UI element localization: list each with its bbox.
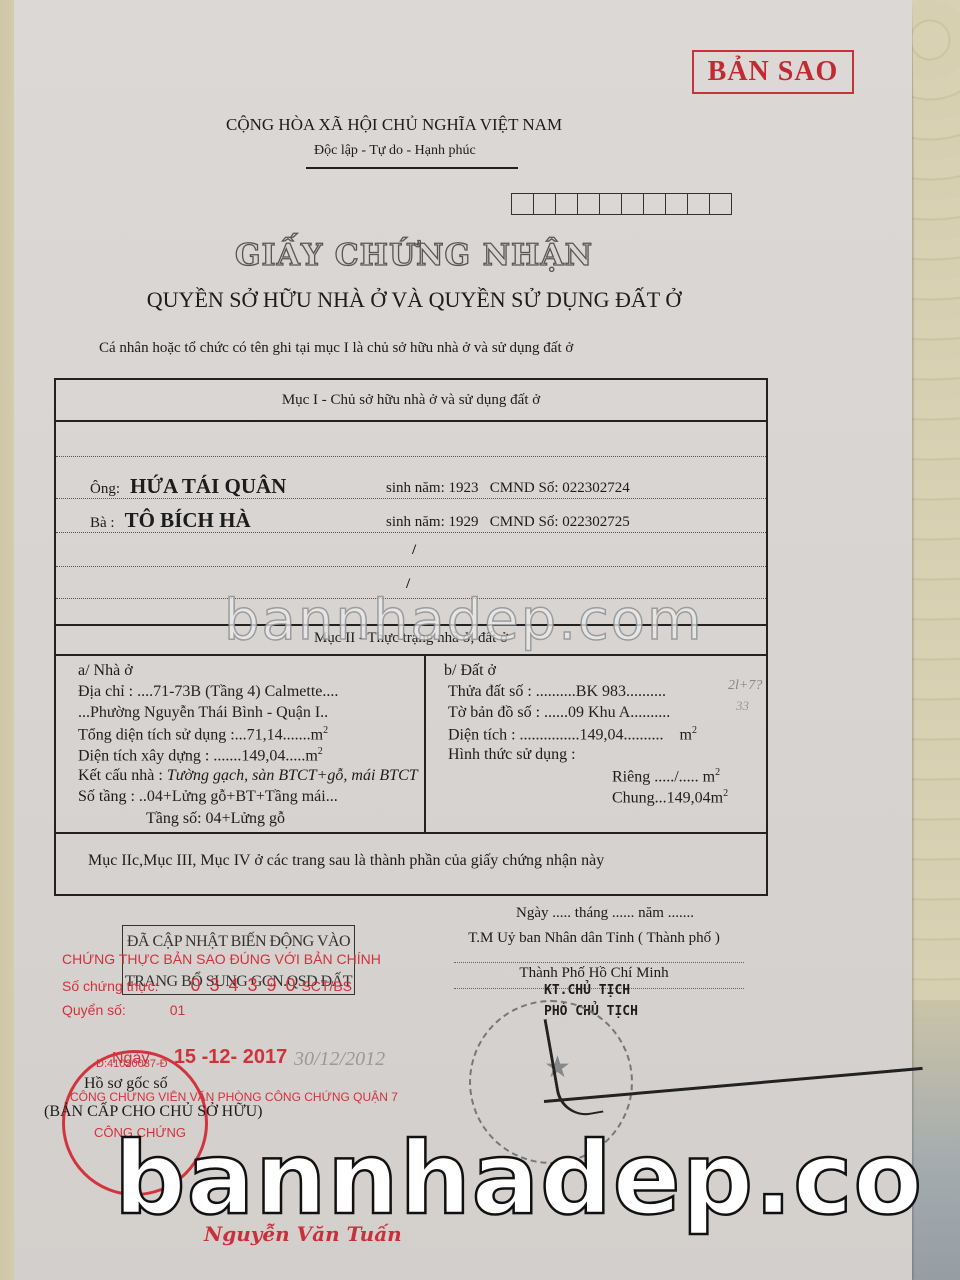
- unit-sup: 2: [318, 746, 323, 757]
- handwritten-plot-note: 2l+7?: [728, 678, 762, 694]
- structure-label: Kết cấu nhà :: [78, 767, 163, 784]
- private-value: /: [674, 768, 678, 785]
- house-structure: Kết cấu nhà : Tường gạch, sàn BTCT+gỗ, m…: [78, 767, 418, 785]
- dotted-line: [56, 532, 766, 533]
- id-number: 022302724: [562, 480, 630, 496]
- area-label: Diện tích :: [448, 726, 516, 743]
- map-value: 09 Khu A: [568, 704, 630, 721]
- book-label: Quyển số:: [62, 1002, 126, 1018]
- floors-value: 04+Lửng gỗ+BT+Tầng mái.: [147, 788, 330, 805]
- floors-label: Số tầng :: [78, 788, 135, 805]
- plot-value: BK 983: [576, 683, 626, 700]
- seal-id: Đ:41020037-Đ: [96, 1058, 168, 1070]
- house-total-area: Tổng diện tích sử dụng :...71,14.......m…: [78, 725, 328, 744]
- section1-title: Mục I - Chủ sở hữu nhà ở và sử dụng đất …: [56, 392, 766, 409]
- house-built-area: Diện tích xây dựng : .......149,04.....m…: [78, 746, 323, 765]
- land-shared: Chung...149,04m2: [612, 788, 728, 807]
- owner-prefix: Ông:: [90, 481, 120, 497]
- dotted-line: [56, 498, 766, 499]
- republic-header: CỘNG HÒA XÃ HỘI CHỦ NGHĨA VIỆT NAM: [226, 115, 562, 135]
- book-value: 01: [170, 1002, 186, 1018]
- structure-value: Tường gạch, sàn BTCT+gỗ, mái BTCT: [167, 767, 418, 784]
- unit: m: [311, 726, 323, 743]
- city: Thành Phố Hồ Chí Minh: [444, 965, 744, 982]
- unit: m: [703, 768, 715, 785]
- house-address-line2: ...Phường Nguyễn Thái Bình - Quận I..: [78, 704, 328, 722]
- handwritten-map-note: 33: [736, 698, 749, 714]
- land-heading: b/ Đất ở: [444, 662, 496, 680]
- house-address: Địa chỉ : ....71-73B (Tầng 4) Calmette..…: [78, 683, 338, 701]
- unit: m: [711, 789, 723, 806]
- owner-row-2: Bà :TÔ BÍCH HÀ: [90, 508, 251, 533]
- owner-row-1: Ông:HỨA TÁI QUÂN: [90, 474, 286, 499]
- dotted-line: [56, 566, 766, 567]
- id-label: CMND Số:: [490, 514, 559, 530]
- certificate-subtitle: QUYỀN SỞ HỮU NHÀ Ở VÀ QUYỀN SỬ DỤNG ĐẤT …: [14, 287, 814, 313]
- watermark-bottom: bannhadep.com: [114, 1120, 960, 1237]
- date-line: Ngày ..... tháng ...... năm .......: [440, 905, 770, 922]
- land-map: Tờ bản đồ số : ......09 Khu A..........: [448, 704, 670, 722]
- address-value: 71-73B (Tầng 4) Calmette: [153, 683, 322, 700]
- shared-value: 149,04: [667, 789, 711, 806]
- update-line1: ĐÃ CẬP NHẬT BIẾN ĐỘNG VÀO: [123, 932, 354, 952]
- area-value: 149,04: [580, 726, 624, 743]
- house-floors: Số tầng : ..04+Lửng gỗ+BT+Tầng mái...: [78, 788, 338, 806]
- certify-no: 0 3 4 3 9 0: [190, 975, 297, 995]
- certificate-title: GIẤY CHỨNG NHẬN: [14, 238, 814, 273]
- unit-sup: 2: [692, 725, 697, 736]
- watermark-middle: bannhadep.com: [224, 588, 704, 653]
- divider: [56, 832, 766, 834]
- handwritten-date: 30/12/2012: [294, 1048, 385, 1071]
- book-number: Quyển số: 01: [62, 1002, 185, 1018]
- issued-to: (BẢN CẤP CHO CHỦ SỞ HỮU): [44, 1103, 263, 1121]
- certificate-page: BẢN SAO CỘNG HÒA XÃ HỘI CHỦ NGHĨA VIỆT N…: [14, 0, 912, 1280]
- certify-number: Số chứng thực: 0 3 4 3 9 0 SCT/BS: [62, 975, 352, 996]
- house-floors-total: Tầng số: 04+Lửng gỗ: [146, 810, 285, 828]
- land-private: Riêng ...../..... m2: [612, 767, 720, 786]
- kt-chairman: KT.CHỦ TỊCH: [544, 983, 630, 998]
- intro-text: Cá nhân hoặc tổ chức có tên ghi tại mục …: [99, 340, 573, 357]
- section2-footer: Mục IIc,Mục III, Mục IV ở các trang sau …: [88, 852, 604, 870]
- total-area-value: 71,14: [247, 726, 283, 743]
- owner-2-details: sinh năm: 1929 CMND Số: 022302725: [386, 514, 630, 531]
- land-area: Diện tích : ...............149,04.......…: [448, 725, 697, 744]
- birth-label: sinh năm:: [386, 480, 445, 496]
- birth-year: 1929: [449, 514, 479, 530]
- map-label: Tờ bản đồ số :: [448, 704, 540, 721]
- owner-prefix: Bà :: [90, 515, 115, 531]
- date-value: 15 -12- 2017: [174, 1046, 287, 1068]
- certify-suffix: SCT/BS: [301, 978, 352, 994]
- private-label: Riêng: [612, 768, 650, 785]
- birth-label: sinh năm:: [386, 514, 445, 530]
- id-label: CMND Số:: [490, 480, 559, 496]
- land-usage: Hình thức sử dụng :: [448, 746, 576, 764]
- unit-sup: 2: [715, 767, 720, 778]
- owner-name: HỨA TÁI QUÂN: [130, 474, 286, 498]
- id-number: 022302725: [562, 514, 630, 530]
- shared-label: Chung: [612, 789, 655, 806]
- address-label: Địa chỉ :: [78, 683, 133, 700]
- divider: [56, 654, 766, 656]
- certify-line: CHỨNG THỰC BẢN SAO ĐÚNG VỚI BẢN CHÍNH: [62, 951, 381, 967]
- birth-year: 1923: [449, 480, 479, 496]
- serial-number-boxes: [512, 193, 732, 215]
- total-area-label: Tổng diện tích sử dụng :: [78, 726, 235, 743]
- unit: m: [680, 726, 692, 743]
- authority: T.M Uỷ ban Nhân dân Tỉnh ( Thành phố ): [404, 930, 784, 947]
- dotted-line: [454, 962, 744, 963]
- house-heading: a/ Nhà ở: [78, 662, 133, 680]
- blank-mark: /: [412, 542, 416, 559]
- unit-sup: 2: [723, 788, 728, 799]
- built-area-label: Diện tích xây dựng :: [78, 747, 209, 764]
- notary-office: CÔNG CHỨNG VIÊN VĂN PHÒNG CÔNG CHỨNG QUẬ…: [70, 1090, 398, 1104]
- motto: Độc lập - Tự do - Hạnh phúc: [314, 143, 476, 159]
- column-divider: [424, 656, 426, 832]
- owner-1-details: sinh năm: 1923 CMND Số: 022302724: [386, 480, 630, 497]
- dotted-line: [56, 456, 766, 457]
- unit: m: [305, 747, 317, 764]
- land-plot: Thửa đất số : ..........BK 983..........: [448, 683, 666, 701]
- motto-underline: [306, 167, 518, 169]
- certify-no-label: Số chứng thực:: [62, 978, 159, 994]
- built-area-value: 149,04: [241, 747, 285, 764]
- unit-sup: 2: [323, 725, 328, 736]
- owner-name: TÔ BÍCH HÀ: [125, 508, 251, 532]
- divider: [56, 420, 766, 422]
- plot-label: Thửa đất số :: [448, 683, 532, 700]
- copy-stamp: BẢN SAO: [692, 50, 854, 94]
- address-line2: Phường Nguyễn Thái Bình - Quận I: [90, 704, 320, 721]
